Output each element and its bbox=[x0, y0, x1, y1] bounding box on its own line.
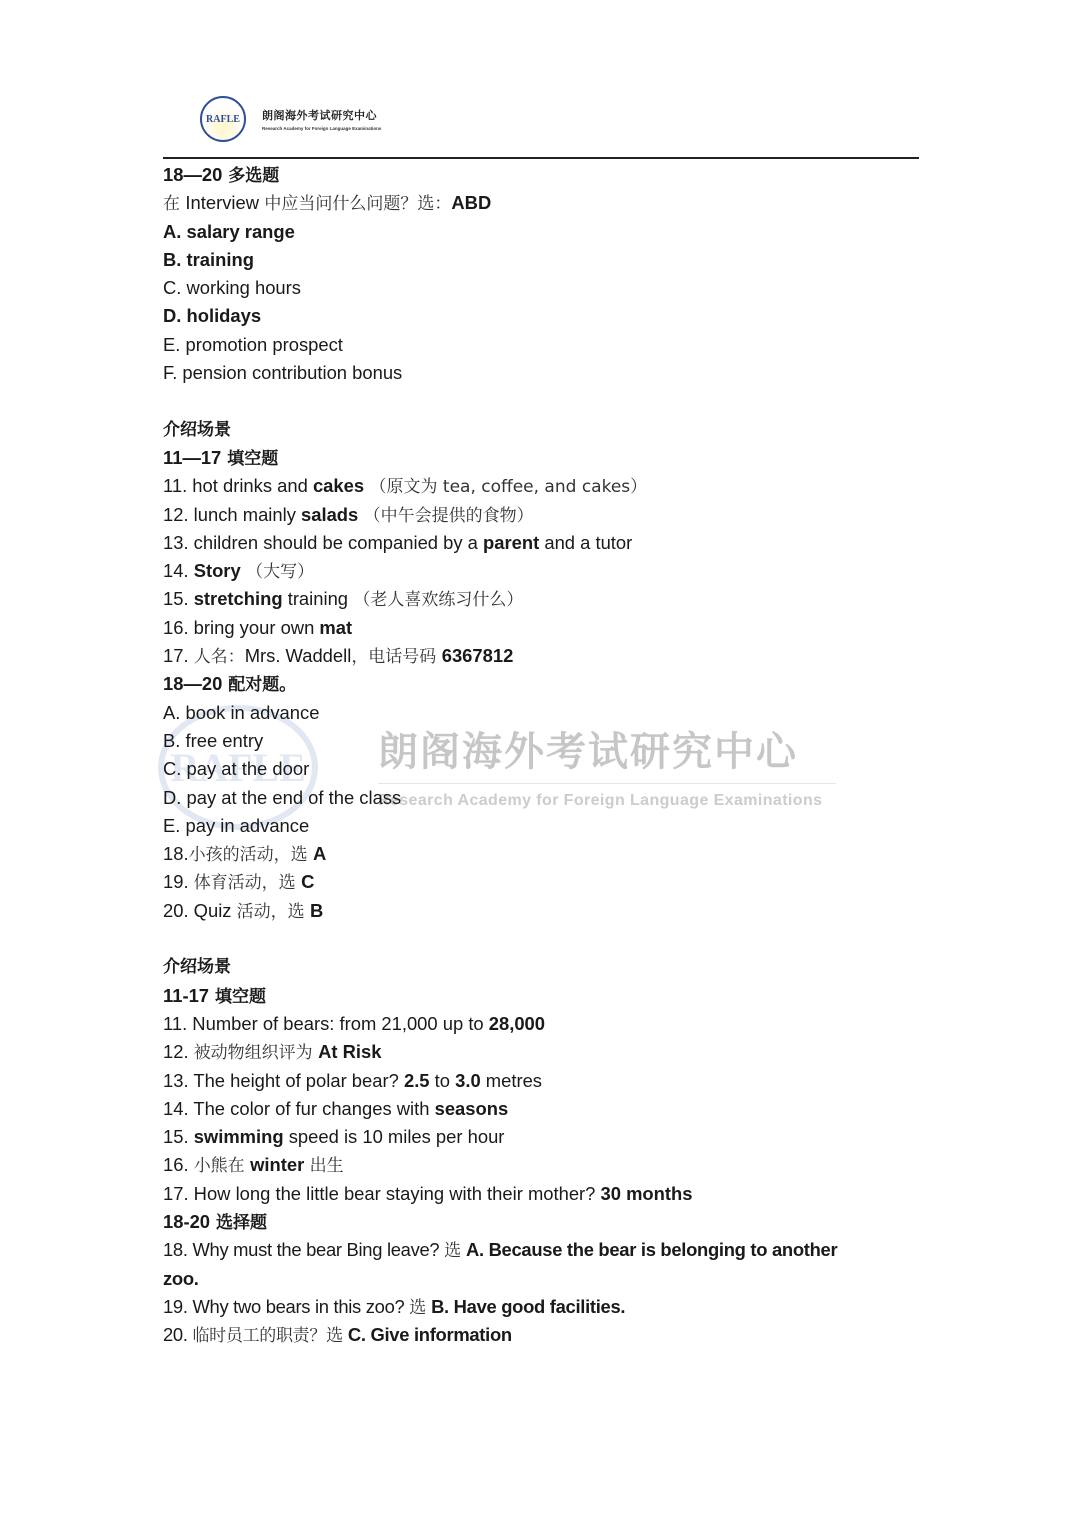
match-option-d: D. pay at the end of the class bbox=[163, 784, 923, 812]
heading-number: 11—17 bbox=[163, 447, 221, 468]
text: 中应当问什么问题？选： bbox=[259, 194, 451, 214]
text: 16. bring your own bbox=[163, 617, 319, 638]
note: （老人喜欢练习什么） bbox=[348, 590, 523, 610]
option-b: B. training bbox=[163, 246, 923, 274]
answer: C bbox=[301, 871, 314, 892]
text: 17. bbox=[163, 645, 194, 666]
heading-label: 配对题。 bbox=[222, 675, 296, 695]
section-heading: 18—20 配对题。 bbox=[163, 670, 923, 698]
document-header: RAFLE 朗阁海外考试研究中心 Research Academy for Fo… bbox=[200, 94, 381, 144]
answer-line-11: 11. hot drinks and cakes （原文为 tea, coffe… bbox=[163, 472, 923, 500]
section-heading: 18-20 选择题 bbox=[163, 1208, 923, 1236]
answer: B bbox=[310, 900, 323, 921]
rafle-logo: RAFLE bbox=[200, 96, 246, 142]
logo-text: RAFLE bbox=[206, 114, 240, 125]
text: 在 bbox=[163, 194, 185, 214]
text: 14. bbox=[163, 560, 194, 581]
text: and a tutor bbox=[539, 532, 632, 553]
answer: 2.5 bbox=[404, 1070, 430, 1091]
text: Mrs. Waddell bbox=[245, 645, 352, 666]
text: 14. The color of fur changes with bbox=[163, 1098, 435, 1119]
heading-label: 多选题 bbox=[222, 166, 279, 186]
org-name: 朗阁海外考试研究中心 Research Academy for Foreign … bbox=[262, 107, 381, 131]
match-option-c: C. pay at the door bbox=[163, 755, 923, 783]
answer: 30 months bbox=[601, 1183, 693, 1204]
text: 13. The height of polar bear? bbox=[163, 1070, 404, 1091]
answer: seasons bbox=[435, 1098, 509, 1119]
text: 选 bbox=[409, 1298, 431, 1318]
heading-number: 11-17 bbox=[163, 985, 209, 1006]
answer: stretching bbox=[194, 588, 283, 609]
answer: parent bbox=[483, 532, 539, 553]
answer-line-13: 13. The height of polar bear? 2.5 to 3.0… bbox=[163, 1067, 923, 1095]
text: to bbox=[430, 1070, 456, 1091]
answer-line-12: 12. 被动物组织评为 At Risk bbox=[163, 1038, 923, 1066]
text: 小孩的活动，选 bbox=[189, 845, 313, 865]
header-divider bbox=[163, 157, 919, 159]
text: 选 bbox=[444, 1241, 466, 1261]
text: 11. hot drinks and bbox=[163, 475, 313, 496]
answer: ABD bbox=[451, 192, 491, 213]
text: 19. Why two bears in this zoo? bbox=[163, 1296, 409, 1317]
option-f: F. pension contribution bonus bbox=[163, 359, 923, 387]
answer: mat bbox=[319, 617, 352, 638]
section-heading: 11—17 填空题 bbox=[163, 444, 923, 472]
scene-heading: 介绍场景 bbox=[163, 416, 923, 444]
answer-line-12: 12. lunch mainly salads （中午会提供的食物） bbox=[163, 501, 923, 529]
text: metres bbox=[481, 1070, 542, 1091]
answer: 3.0 bbox=[455, 1070, 481, 1091]
heading-number: 18—20 bbox=[163, 164, 222, 185]
text: 18. Why must the bear Bing leave? bbox=[163, 1239, 444, 1260]
note: （大写） bbox=[241, 562, 314, 582]
match-answer-18: 18.小孩的活动，选 A bbox=[163, 840, 923, 868]
answer: A bbox=[313, 843, 326, 864]
answer-line-16: 16. 小熊在 winter 出生 bbox=[163, 1151, 923, 1179]
text: 小熊在 bbox=[194, 1156, 250, 1176]
text: 12. lunch mainly bbox=[163, 504, 301, 525]
text: 18. bbox=[163, 843, 189, 864]
text: 11. Number of bears: from 21,000 up to bbox=[163, 1013, 489, 1034]
text: 19. bbox=[163, 871, 194, 892]
option-a: A. salary range bbox=[163, 218, 923, 246]
answer-line-16: 16. bring your own mat bbox=[163, 614, 923, 642]
text: 15. bbox=[163, 1126, 194, 1147]
spacer bbox=[163, 925, 923, 953]
answer: A. Because the bear is belonging to anot… bbox=[466, 1239, 837, 1260]
answer: cakes bbox=[313, 475, 364, 496]
text: 16. bbox=[163, 1154, 194, 1175]
text: ，电话号码 bbox=[351, 647, 441, 667]
text: training bbox=[283, 588, 348, 609]
answer: winter bbox=[250, 1154, 304, 1175]
note: （原文为 tea, coffee, and cakes） bbox=[364, 477, 647, 497]
choice-answer-20: 20. 临时员工的职责？选 C. Give information bbox=[163, 1321, 923, 1349]
heading-label: 填空题 bbox=[209, 987, 266, 1007]
answer: 28,000 bbox=[489, 1013, 545, 1034]
answer: 6367812 bbox=[442, 645, 514, 666]
text: 临时员工的职责？选 bbox=[192, 1326, 347, 1346]
text: 出生 bbox=[304, 1156, 343, 1176]
option-e: E. promotion prospect bbox=[163, 331, 923, 359]
choice-answer-18: 18. Why must the bear Bing leave? 选 A. B… bbox=[163, 1236, 923, 1264]
text: 12. bbox=[163, 1041, 194, 1062]
text: speed is 10 miles per hour bbox=[284, 1126, 505, 1147]
section-heading: 11-17 填空题 bbox=[163, 982, 923, 1010]
text: 20. Quiz bbox=[163, 900, 237, 921]
match-answer-19: 19. 体育活动，选 C bbox=[163, 868, 923, 896]
spacer bbox=[163, 387, 923, 415]
choice-answer-18-wrap: zoo. bbox=[163, 1265, 923, 1293]
answer-line-14: 14. Story （大写） bbox=[163, 557, 923, 585]
answer: Story bbox=[194, 560, 241, 581]
heading-label: 选择题 bbox=[210, 1213, 267, 1233]
org-name-cn: 朗阁海外考试研究中心 bbox=[262, 107, 381, 123]
heading-label: 填空题 bbox=[221, 449, 278, 469]
answer-line-15: 15. swimming speed is 10 miles per hour bbox=[163, 1123, 923, 1151]
match-option-a: A. book in advance bbox=[163, 699, 923, 727]
answer: swimming bbox=[194, 1126, 284, 1147]
option-d: D. holidays bbox=[163, 302, 923, 330]
heading-number: 18—20 bbox=[163, 673, 222, 694]
org-name-en: Research Academy for Foreign Language Ex… bbox=[262, 126, 381, 131]
heading-number: 18-20 bbox=[163, 1211, 210, 1232]
match-option-e: E. pay in advance bbox=[163, 812, 923, 840]
text: 被动物组织评为 bbox=[194, 1043, 318, 1063]
text: 人名： bbox=[194, 647, 245, 667]
scene-heading: 介绍场景 bbox=[163, 953, 923, 981]
note: （中午会提供的食物） bbox=[358, 506, 533, 526]
choice-answer-19: 19. Why two bears in this zoo? 选 B. Have… bbox=[163, 1293, 923, 1321]
text: 活动，选 bbox=[237, 902, 310, 922]
answer-line-14: 14. The color of fur changes with season… bbox=[163, 1095, 923, 1123]
answer: salads bbox=[301, 504, 358, 525]
text: 13. children should be companied by a bbox=[163, 532, 483, 553]
answer: B. Have good facilities. bbox=[431, 1296, 625, 1317]
answer-line-15: 15. stretching training （老人喜欢练习什么） bbox=[163, 585, 923, 613]
section-heading: 18—20 多选题 bbox=[163, 161, 923, 189]
text: Interview bbox=[185, 192, 259, 213]
text: 体育活动，选 bbox=[194, 873, 301, 893]
answer-line-17: 17. 人名：Mrs. Waddell，电话号码 6367812 bbox=[163, 642, 923, 670]
question-line: 在 Interview 中应当问什么问题？选：ABD bbox=[163, 189, 923, 217]
answer-line-11: 11. Number of bears: from 21,000 up to 2… bbox=[163, 1010, 923, 1038]
answer: At Risk bbox=[318, 1041, 381, 1062]
answer: C. Give information bbox=[348, 1324, 512, 1345]
answer-line-17: 17. How long the little bear staying wit… bbox=[163, 1180, 923, 1208]
match-answer-20: 20. Quiz 活动，选 B bbox=[163, 897, 923, 925]
text: 20. bbox=[163, 1324, 192, 1345]
match-option-b: B. free entry bbox=[163, 727, 923, 755]
text: 17. How long the little bear staying wit… bbox=[163, 1183, 601, 1204]
option-c: C. working hours bbox=[163, 274, 923, 302]
answer-line-13: 13. children should be companied by a pa… bbox=[163, 529, 923, 557]
text: 15. bbox=[163, 588, 194, 609]
document-body: 18—20 多选题 在 Interview 中应当问什么问题？选：ABD A. … bbox=[163, 161, 923, 1349]
